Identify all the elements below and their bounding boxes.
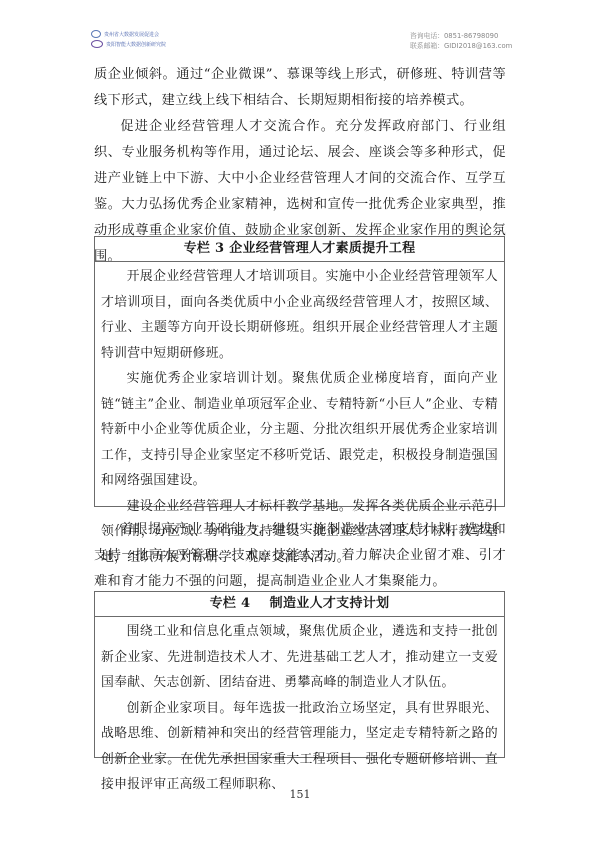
box4-paragraph-intro: 围绕工业和信息化重点领域，聚焦优质企业，遴选和支持一批创新企业家、先进制造技术人… [101, 619, 498, 696]
column-box-3: 专栏 3 企业经营管理人才素质提升工程 开展企业经营管理人才培训项目。实施中小企… [94, 236, 505, 507]
box3-paragraph-entrepreneur-plan: 实施优秀企业家培训计划。聚焦优质企业梯度培育，面向产业链“链主”企业、制造业单项… [101, 366, 498, 494]
column-box-3-title: 专栏 3 企业经营管理人才素质提升工程 [95, 237, 504, 262]
org-logo-circle-icon [91, 30, 101, 38]
email-value: GIDI2018@163.com [444, 42, 512, 50]
page-header: 贵州省大数据发展促进会 贵阳智能大数据创新研究院 咨询电话：0851-86798… [0, 0, 600, 56]
email-label: 联系邮箱： [410, 42, 444, 50]
phone-label: 咨询电话： [410, 32, 444, 40]
org-logo-2: 贵阳智能大数据创新研究院 [91, 40, 166, 48]
column-box-4: 专栏 4 制造业人才支持计划 围绕工业和信息化重点领域，聚焦优质企业，遴选和支持… [94, 591, 505, 758]
box3-paragraph-training-project: 开展企业经营管理人才培训项目。实施中小企业经营管理领军人才培训项目，面向各类优质… [101, 264, 498, 366]
org-logo-infinity-icon [91, 40, 103, 48]
phone-value: 0851-86798090 [444, 32, 498, 40]
org-name-1: 贵州省大数据发展促进会 [104, 31, 159, 38]
column-box-4-body: 围绕工业和信息化重点领域，聚焦优质企业，遴选和支持一批创新企业家、先进制造技术人… [95, 617, 504, 802]
column-box-4-title: 专栏 4 制造业人才支持计划 [95, 592, 504, 617]
body-middle: 着眼提高产业基础能力，组织实施制造业人才支持计划，选拔和支持一批高水平管理、技术… [94, 517, 506, 595]
org-logo-1: 贵州省大数据发展促进会 [91, 30, 159, 38]
box4-paragraph-innovative-entrepreneur: 创新企业家项目。每年选拔一批政治立场坚定，具有世界眼光、战略思维、创新精神和突出… [101, 696, 498, 798]
page-number: 151 [0, 788, 600, 801]
org-name-2: 贵阳智能大数据创新研究院 [106, 41, 166, 48]
paragraph-manufacturing-talent: 着眼提高产业基础能力，组织实施制造业人才支持计划，选拔和支持一批高水平管理、技术… [94, 517, 506, 595]
contact-email: 联系邮箱：GIDI2018@163.com [410, 40, 512, 50]
contact-phone: 咨询电话：0851-86798090 [410, 30, 498, 40]
paragraph-continuation: 质企业倾斜。通过“企业微课”、慕课等线上形式，研修班、特训营等线下形式，建立线上… [94, 62, 506, 114]
